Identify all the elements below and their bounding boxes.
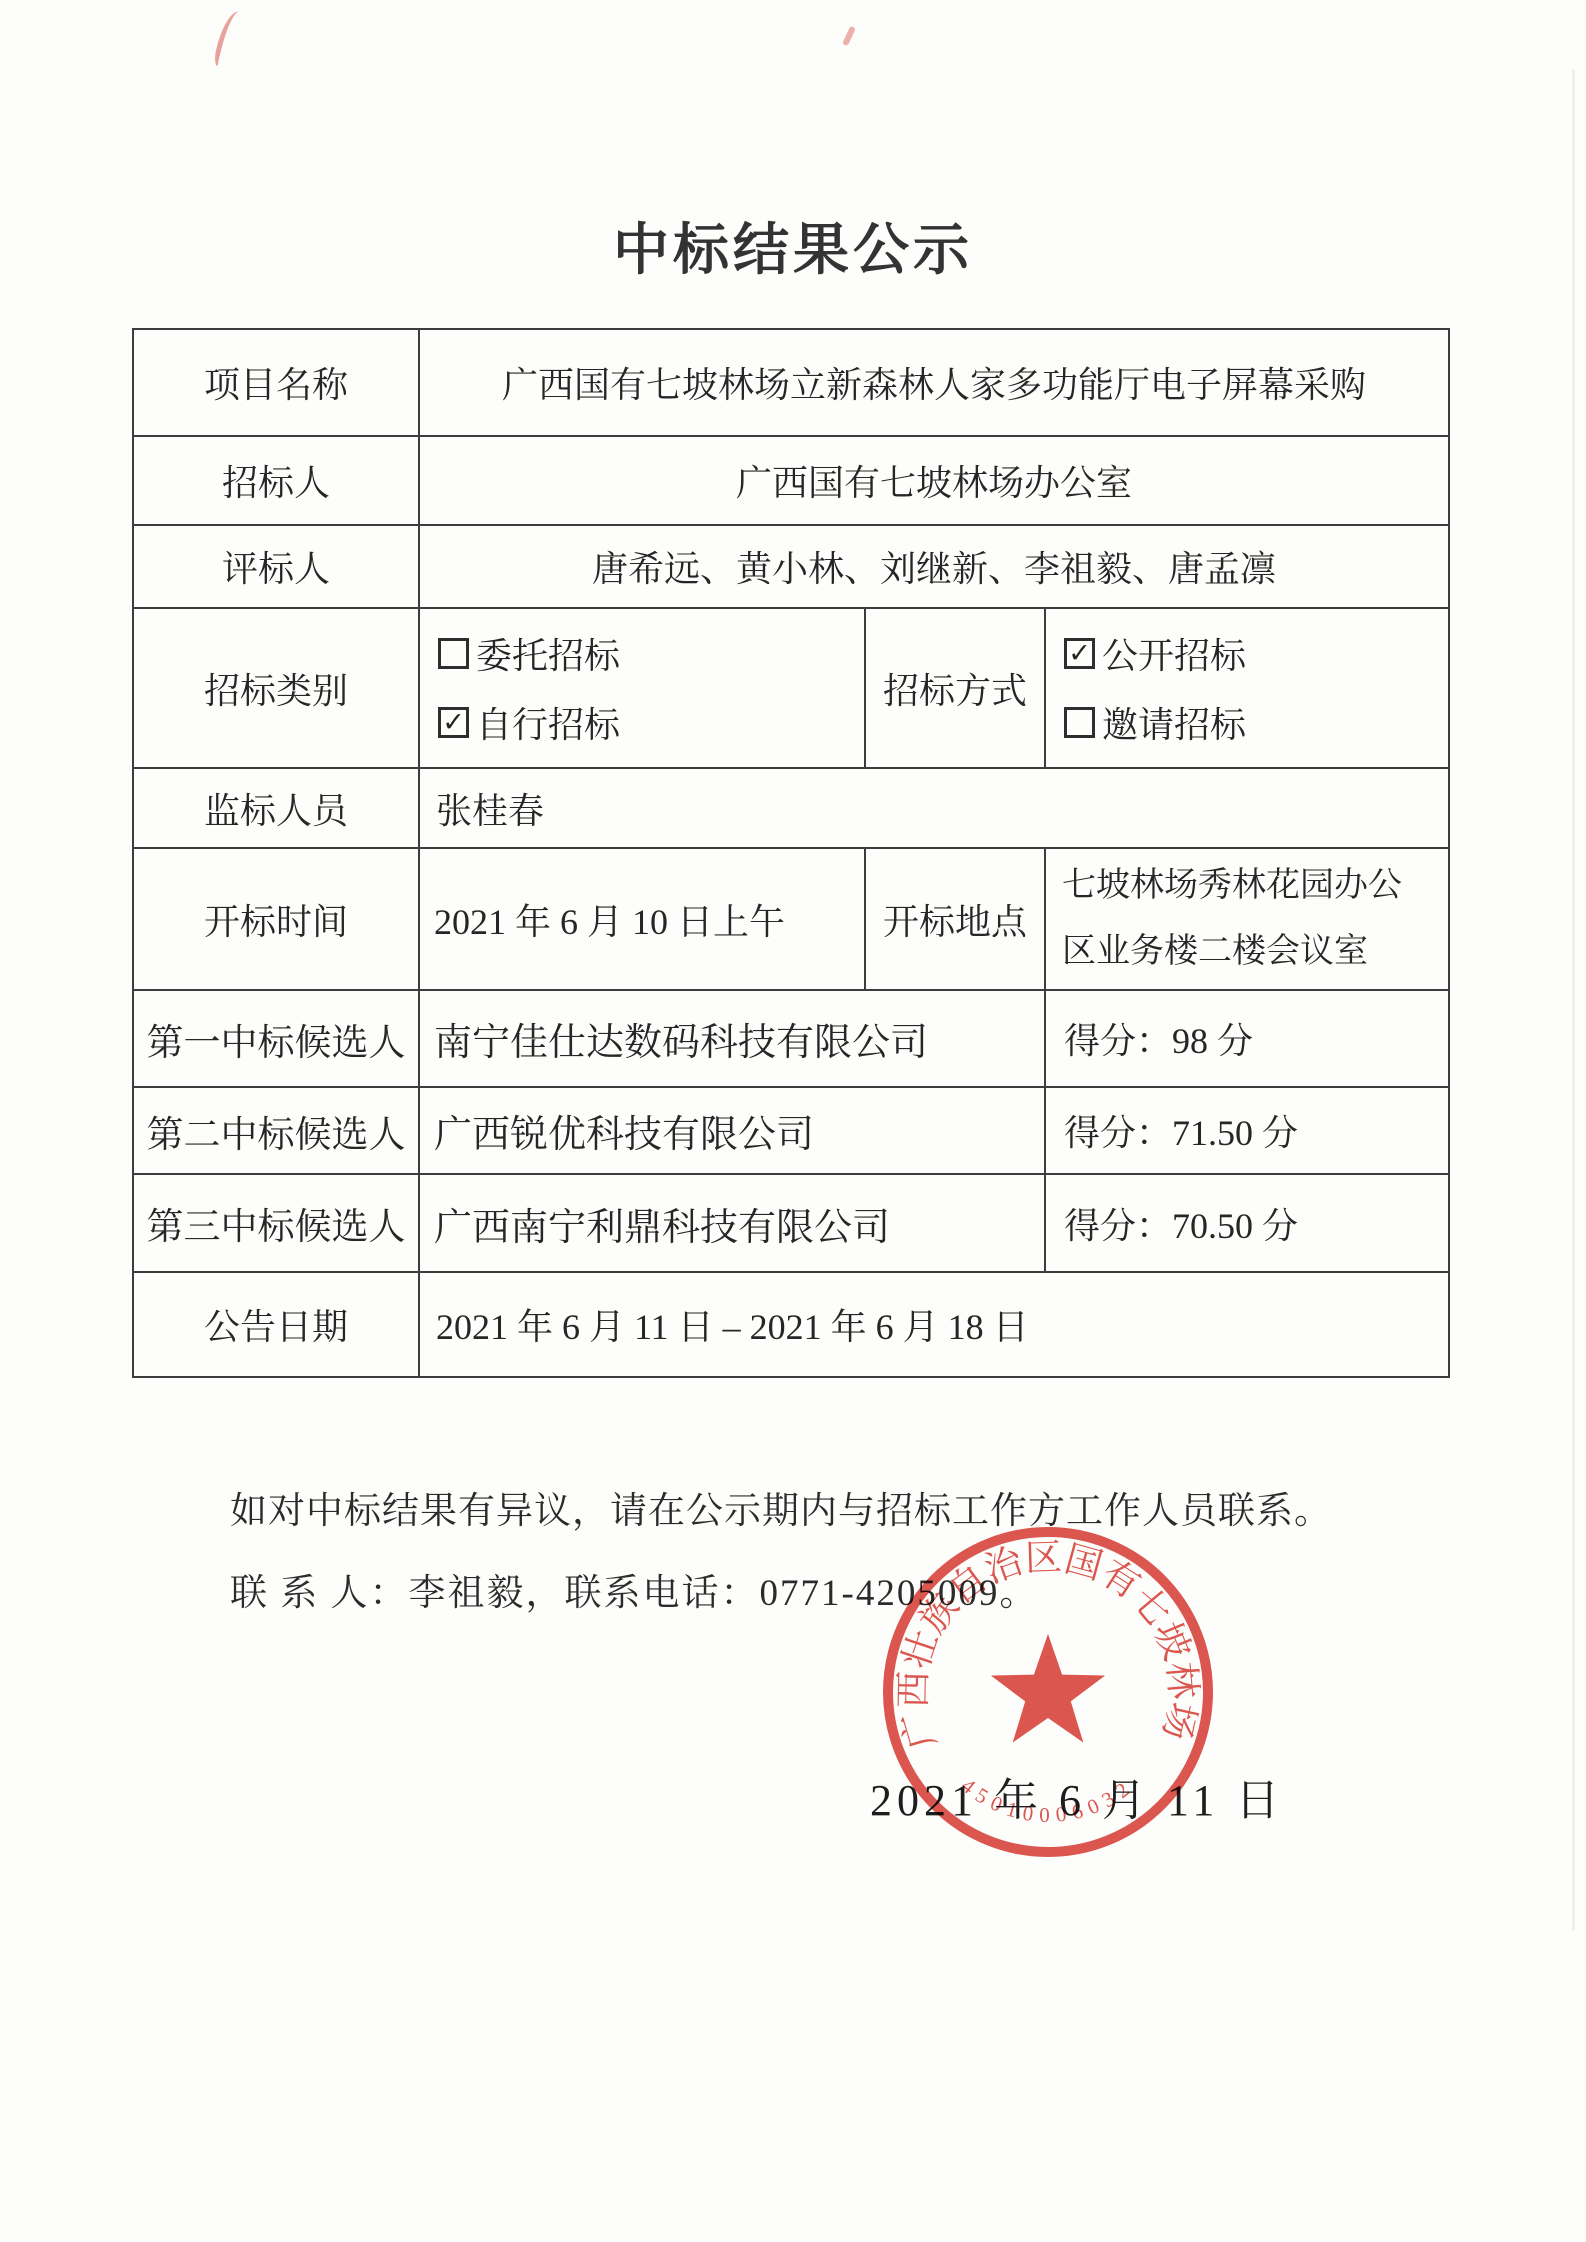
row-tender-category: 招标类别 委托招标 ✓ 自行招标 招标方式 ✓ 公开招标 邀请招标 <box>134 607 1448 767</box>
row-opening: 开标时间 2021 年 6 月 10 日上午 开标地点 七坡林场秀林花园办公区业… <box>134 847 1448 989</box>
candidate-2-company: 广西锐优科技有限公司 <box>418 1088 1044 1173</box>
evaluators-value: 唐希远、黄小林、刘继新、李祖毅、唐孟凛 <box>418 526 1448 607</box>
tender-category-label: 招标类别 <box>134 609 418 767</box>
scan-artifact <box>842 26 856 47</box>
option-label: 自行招标 <box>476 697 620 748</box>
row-candidate-2: 第二中标候选人 广西锐优科技有限公司 得分：71.50 分 <box>134 1086 1448 1173</box>
supervisor-label: 监标人员 <box>134 769 418 847</box>
candidate-1-rank: 第一中标候选人 <box>134 991 418 1086</box>
tender-method-label: 招标方式 <box>864 609 1044 767</box>
candidate-2-rank: 第二中标候选人 <box>134 1088 418 1173</box>
opening-time-label: 开标时间 <box>134 849 418 989</box>
row-project-name: 项目名称 广西国有七坡林场立新森林人家多功能厅电子屏幕采购 <box>134 330 1448 435</box>
supervisor-value: 张桂春 <box>418 769 1448 847</box>
row-candidate-3: 第三中标候选人 广西南宁利鼎科技有限公司 得分：70.50 分 <box>134 1173 1448 1271</box>
tenderee-value: 广西国有七坡林场办公室 <box>418 437 1448 524</box>
scan-edge-line <box>1572 70 1575 1930</box>
project-name-value: 广西国有七坡林场立新森林人家多功能厅电子屏幕采购 <box>418 330 1448 435</box>
tender-method-options: ✓ 公开招标 邀请招标 <box>1044 609 1448 767</box>
row-tenderee: 招标人 广西国有七坡林场办公室 <box>134 435 1448 524</box>
announcement-date-label: 公告日期 <box>134 1273 418 1376</box>
option-label: 邀请招标 <box>1102 697 1246 748</box>
bid-result-table: 项目名称 广西国有七坡林场立新森林人家多功能厅电子屏幕采购 招标人 广西国有七坡… <box>132 328 1450 1378</box>
row-supervisor: 监标人员 张桂春 <box>134 767 1448 847</box>
seal-star-icon <box>991 1634 1105 1743</box>
tender-category-options: 委托招标 ✓ 自行招标 <box>418 609 864 767</box>
candidate-2-score: 得分：71.50 分 <box>1044 1088 1448 1173</box>
candidate-3-score: 得分：70.50 分 <box>1044 1175 1448 1271</box>
official-seal: 广西壮族自治区国有七坡林场 45010006032 <box>848 1492 1248 1892</box>
page-title: 中标结果公示 <box>0 206 1586 286</box>
row-evaluators: 评标人 唐希远、黄小林、刘继新、李祖毅、唐孟凛 <box>134 524 1448 607</box>
checkbox-checked-icon: ✓ <box>1064 638 1095 669</box>
candidate-3-company: 广西南宁利鼎科技有限公司 <box>418 1175 1044 1271</box>
option-label: 公开招标 <box>1102 628 1246 679</box>
option-label: 委托招标 <box>476 628 620 679</box>
checkbox-unchecked-icon <box>438 638 469 669</box>
option-invited-tender: 邀请招标 <box>1064 697 1246 748</box>
row-candidate-1: 第一中标候选人 南宁佳仕达数码科技有限公司 得分：98 分 <box>134 989 1448 1086</box>
option-delegated-tender: 委托招标 <box>438 628 620 679</box>
candidate-1-company: 南宁佳仕达数码科技有限公司 <box>418 991 1044 1086</box>
seal-code: 45010006032 <box>957 1773 1139 1827</box>
checkbox-unchecked-icon <box>1064 707 1095 738</box>
tenderee-label: 招标人 <box>134 437 418 524</box>
project-name-label: 项目名称 <box>134 330 418 435</box>
evaluators-label: 评标人 <box>134 526 418 607</box>
option-self-tender: ✓ 自行招标 <box>438 697 620 748</box>
candidate-3-rank: 第三中标候选人 <box>134 1175 418 1271</box>
opening-place-label: 开标地点 <box>864 849 1044 989</box>
announcement-date-value: 2021 年 6 月 11 日 – 2021 年 6 月 18 日 <box>418 1273 1448 1376</box>
opening-place-value: 七坡林场秀林花园办公区业务楼二楼会议室 <box>1044 849 1448 989</box>
row-announcement-date: 公告日期 2021 年 6 月 11 日 – 2021 年 6 月 18 日 <box>134 1271 1448 1376</box>
opening-time-value: 2021 年 6 月 10 日上午 <box>418 849 864 989</box>
candidate-1-score: 得分：98 分 <box>1044 991 1448 1086</box>
scan-artifact <box>212 9 244 70</box>
checkbox-checked-icon: ✓ <box>438 707 469 738</box>
option-open-tender: ✓ 公开招标 <box>1064 628 1246 679</box>
